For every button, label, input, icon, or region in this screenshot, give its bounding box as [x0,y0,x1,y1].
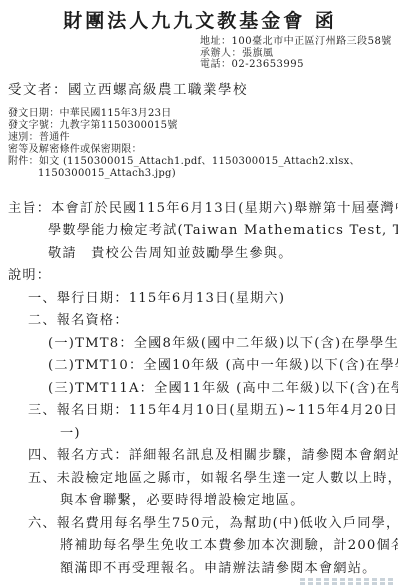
meta-line: 發文日期：中華民國115年3月23日 [8,108,392,120]
body-line: 二、報名資格： [8,310,392,333]
meta-line: 發文字號：九教字第1150300015號 [8,120,392,132]
body-line: 一、舉行日期：115年6月13日(星期六) [8,288,392,311]
meta-line: 1150300015_Attach3.jpg) [8,168,392,180]
body-line: 敬請 貴校公告周知並鼓勵學生參與。 [8,243,392,266]
body-line: 一) [8,423,392,446]
body-line: 四、報名方式：詳細報名訊息及相關步驟，請參閱本會網站。 [8,445,392,468]
official-letter-page: 財團法人九九文教基金會 函 地址：100臺北市中正區汀州路三段58號 承辦人：張… [0,0,398,586]
body-line: 六、報名費用每名學生750元，為幫助(中)低收入戶同學，本會 [8,513,392,536]
document-title: 財團法人九九文教基金會 函 [8,8,392,34]
body-line: 學數學能力檢定考試(Taiwan Mathematics Test, TMT)， [8,220,392,243]
body-line: 將補助每名學生免收工本費參加本次測驗，計200個名額， [8,535,392,558]
sender-phone: 電話：02-23653995 [200,59,392,71]
sender-contact-person: 承辦人：張旗風 [200,48,392,60]
letter-body: 主旨：本會訂於民國115年6月13日(星期六)舉辦第十屆臺灣中小學數學能力檢定考… [8,198,392,581]
body-line: (一)TMT8：全國8年級(國中二年級)以下(含)在學學生 [8,333,392,356]
meta-line: 速別：普通件 [8,132,392,144]
body-line: (三)TMT11A：全國11年級 (高中二年級)以下(含)在學學生 [8,378,392,401]
clipped-text-fragment [300,577,396,586]
body-line: 五、未設檢定地區之縣市，如報名學生達一定人數以上時，請 [8,468,392,491]
recipient-line: 受文者：國立西螺高級農工職業學校 [8,82,392,99]
body-line: 與本會聯繫，必要時得增設檢定地區。 [8,490,392,513]
body-line: 說明： [8,265,392,288]
body-line: 三、報名日期：115年4月10日(星期五)~115年4月20日(星期 [8,400,392,423]
meta-block: 發文日期：中華民國115年3月23日發文字號：九教字第1150300015號速別… [8,108,392,180]
meta-line: 附件：如文 (1150300015_Attach1.pdf、1150300015… [8,156,392,168]
sender-info-block: 地址：100臺北市中正區汀州路三段58號 承辦人：張旗風 電話：02-23653… [200,36,392,71]
body-line: (二)TMT10：全國10年級 (高中一年級)以下(含)在學學生 [8,355,392,378]
meta-line: 密等及解密條件或保密期限： [8,144,392,156]
clipped-text-row [300,582,396,585]
body-line: 主旨：本會訂於民國115年6月13日(星期六)舉辦第十屆臺灣中小 [8,198,392,221]
clipped-text-row [300,578,396,581]
sender-address: 地址：100臺北市中正區汀州路三段58號 [200,36,392,48]
